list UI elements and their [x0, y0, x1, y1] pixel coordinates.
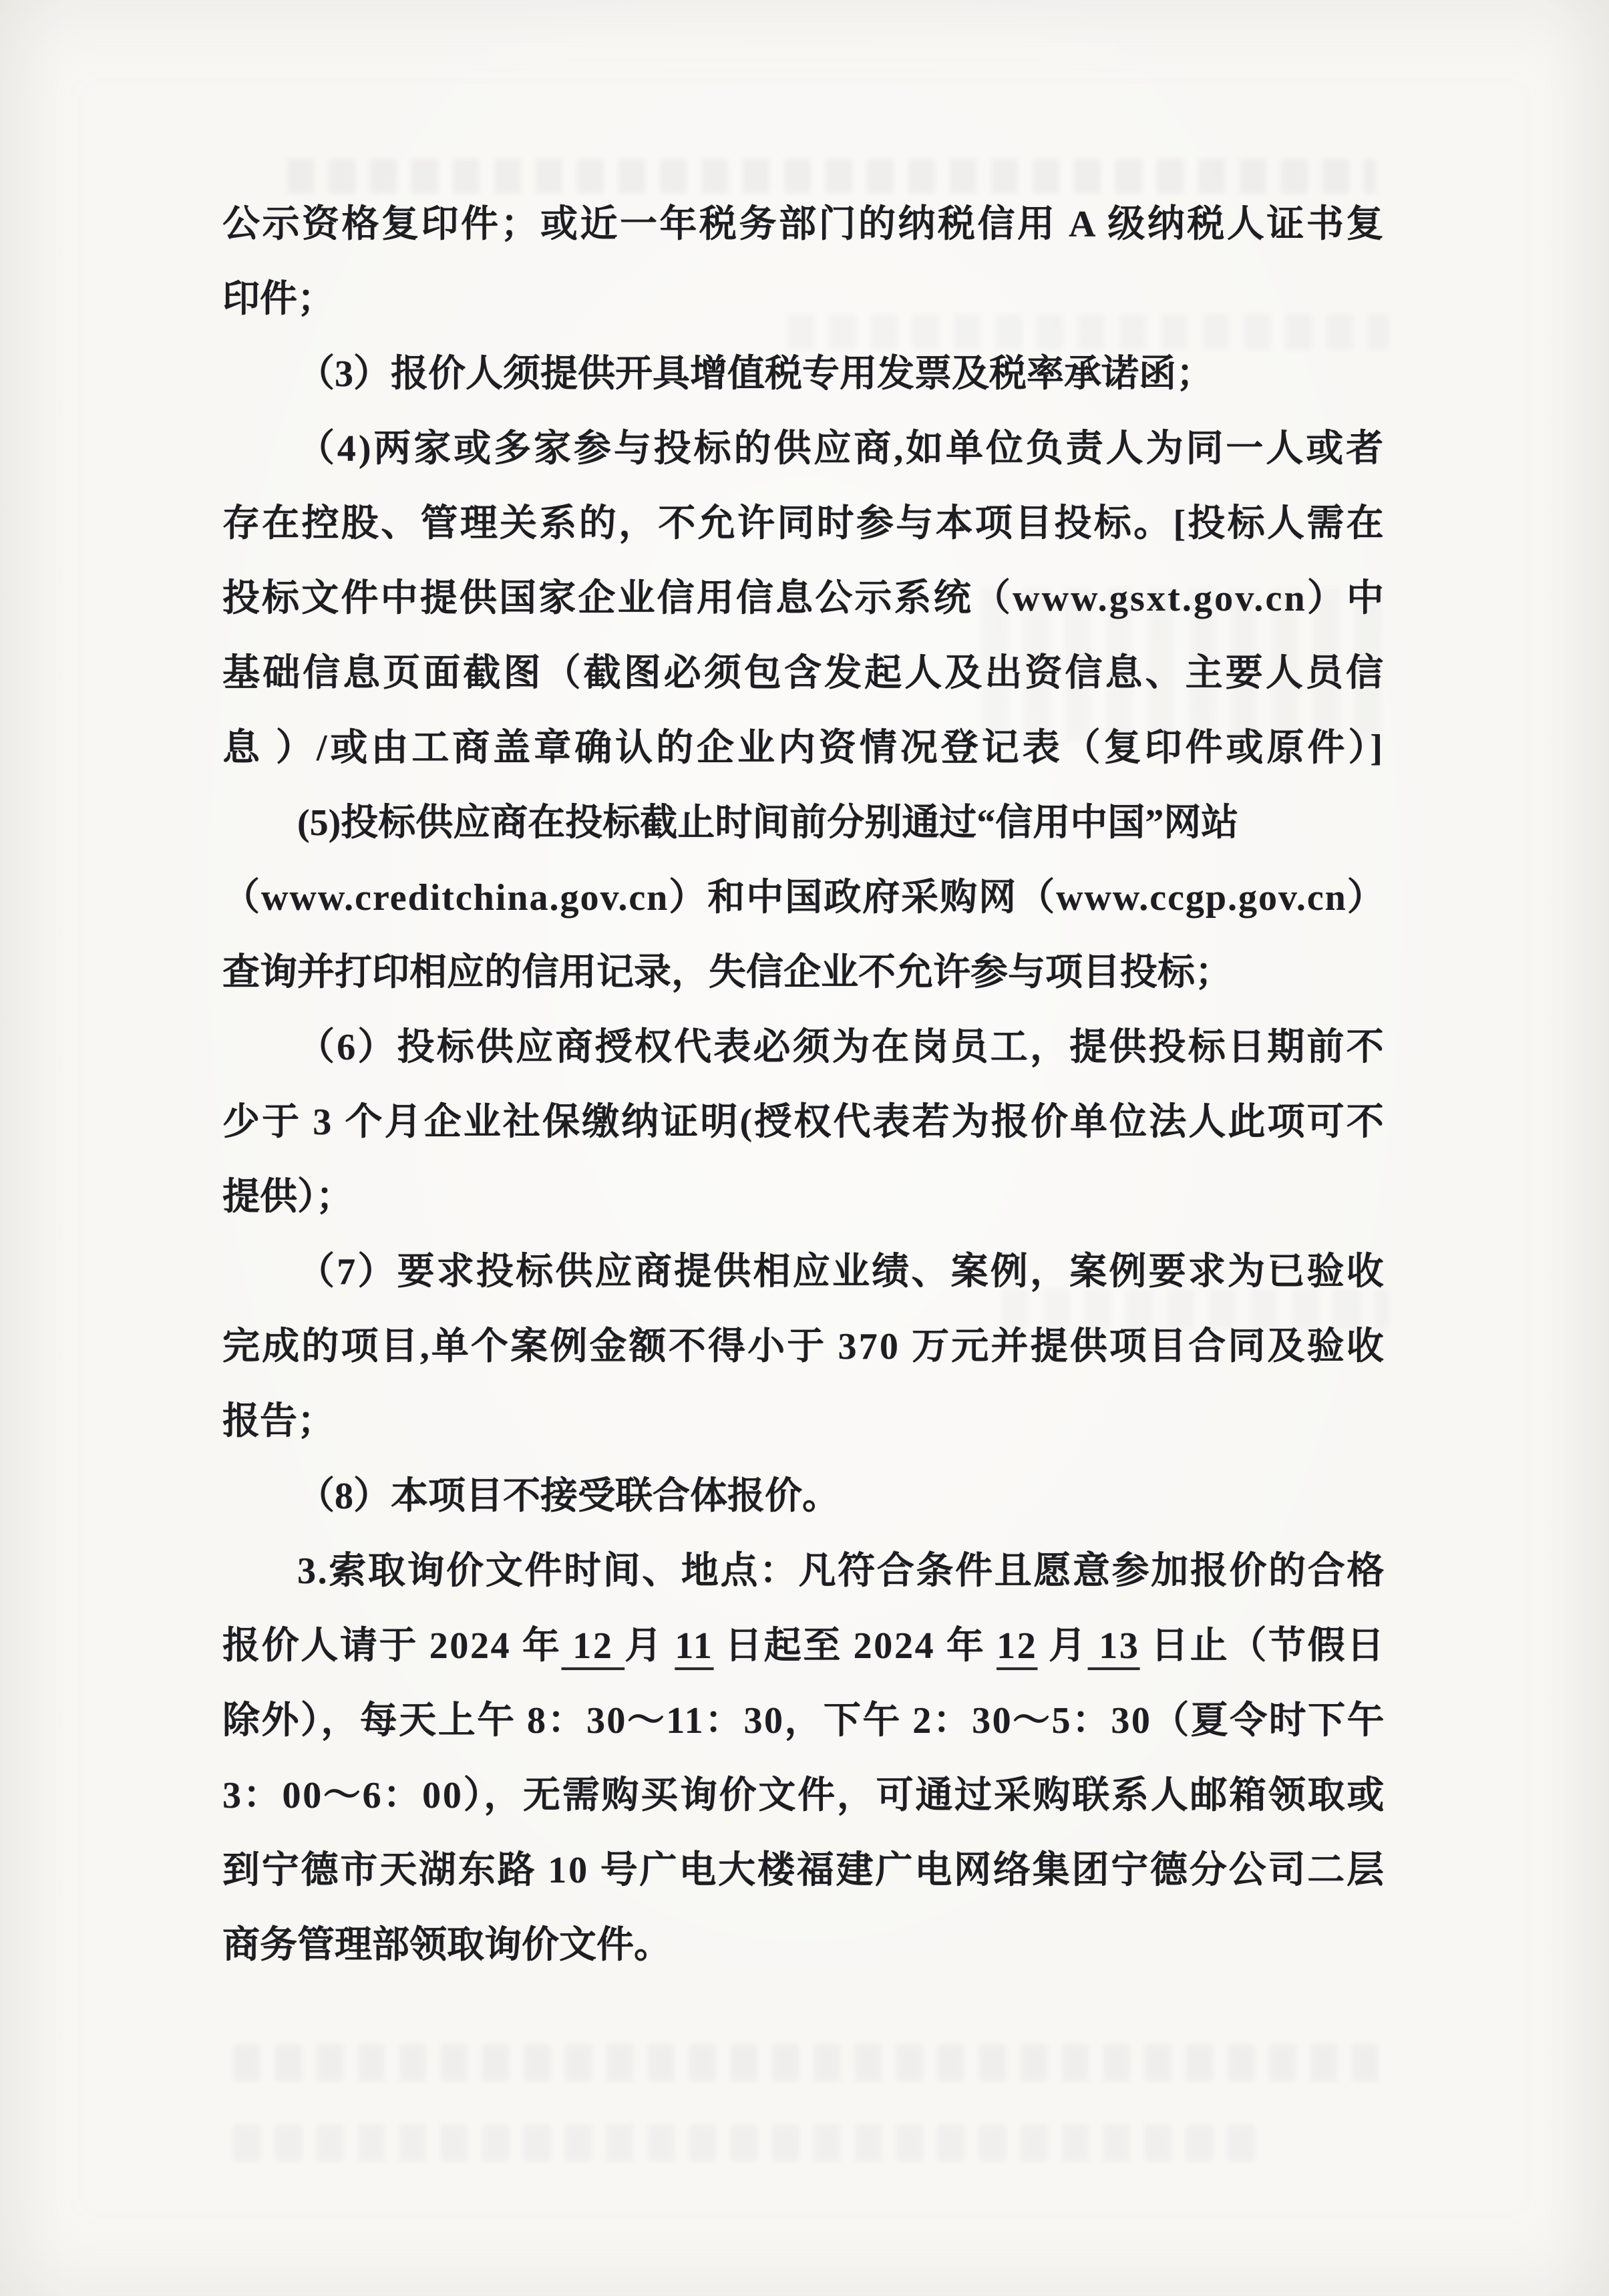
document-line: （3）报价人须提供开具增值税专用发票及税率承诺函； — [222, 337, 1386, 412]
underlined-value: 12 — [562, 1625, 625, 1667]
document-line: 查询并打印相应的信用记录，失信企业不允许参与项目投标； — [222, 935, 1386, 1010]
document-line: 除外），每天上午 8：30～11：30，下午 2：30～5：30（夏令时下午 — [222, 1683, 1386, 1758]
document-line: 公示资格复印件；或近一年税务部门的纳税信用 A 级纳税人证书复 — [222, 187, 1386, 262]
document-line: 印件； — [222, 262, 1386, 337]
document-line: 到宁德市天湖东路 10 号广电大楼福建广电网络集团宁德分公司二层 — [222, 1833, 1386, 1908]
document-line: 少于 3 个月企业社保缴纳证明(授权代表若为报价单位法人此项可不 — [222, 1085, 1386, 1160]
document-line: 基础信息页面截图（截图必须包含发起人及出资信息、主要人员信 — [222, 636, 1386, 711]
document-line: （6）投标供应商授权代表必须为在岗员工，提供投标日期前不 — [222, 1010, 1386, 1085]
document-line: 存在控股、管理关系的，不允许同时参与本项目投标。[投标人需在 — [222, 486, 1386, 561]
underlined-value: 12 — [997, 1625, 1037, 1667]
document-page: 公示资格复印件；或近一年税务部门的纳税信用 A 级纳税人证书复印件；（3）报价人… — [0, 0, 1609, 2296]
underlined-value: 13 — [1088, 1625, 1140, 1667]
document-text-block: 公示资格复印件；或近一年税务部门的纳税信用 A 级纳税人证书复印件；（3）报价人… — [222, 187, 1386, 1983]
underlined-value: 11 — [675, 1625, 713, 1667]
document-line: 3：00～6：00），无需购买询价文件，可通过采购联系人邮箱领取或 — [222, 1758, 1386, 1833]
document-line: 商务管理部领取询价文件。 — [222, 1908, 1386, 1983]
document-line: （www.creditchina.gov.cn）和中国政府采购网（www.ccg… — [222, 860, 1386, 935]
document-line: （8）本项目不接受联合体报价。 — [222, 1459, 1386, 1534]
document-line: 息 ）/或由工商盖章确认的企业内资情况登记表（复印件或原件）] — [222, 711, 1386, 786]
document-line: 报价人请于 2024 年 12 月 11 日起至 2024 年 12 月 13 … — [222, 1609, 1386, 1683]
document-line: 3.索取询价文件时间、地点：凡符合条件且愿意参加报价的合格 — [222, 1534, 1386, 1609]
document-line: 报告； — [222, 1384, 1386, 1459]
document-line: （4)两家或多家参与投标的供应商,如单位负责人为同一人或者 — [222, 412, 1386, 486]
bleedthrough-artifact — [234, 2044, 1383, 2082]
document-line: （7）要求投标供应商提供相应业绩、案例，案例要求为已验收 — [222, 1235, 1386, 1309]
bleedthrough-artifact — [234, 2124, 1262, 2162]
document-line: 提供）； — [222, 1160, 1386, 1235]
document-line: 完成的项目,单个案例金额不得小于 370 万元并提供项目合同及验收 — [222, 1309, 1386, 1384]
document-line: 投标文件中提供国家企业信用信息公示系统（www.gsxt.gov.cn）中 — [222, 561, 1386, 636]
document-line: (5)投标供应商在投标截止时间前分别通过“信用中国”网站 — [222, 786, 1386, 860]
